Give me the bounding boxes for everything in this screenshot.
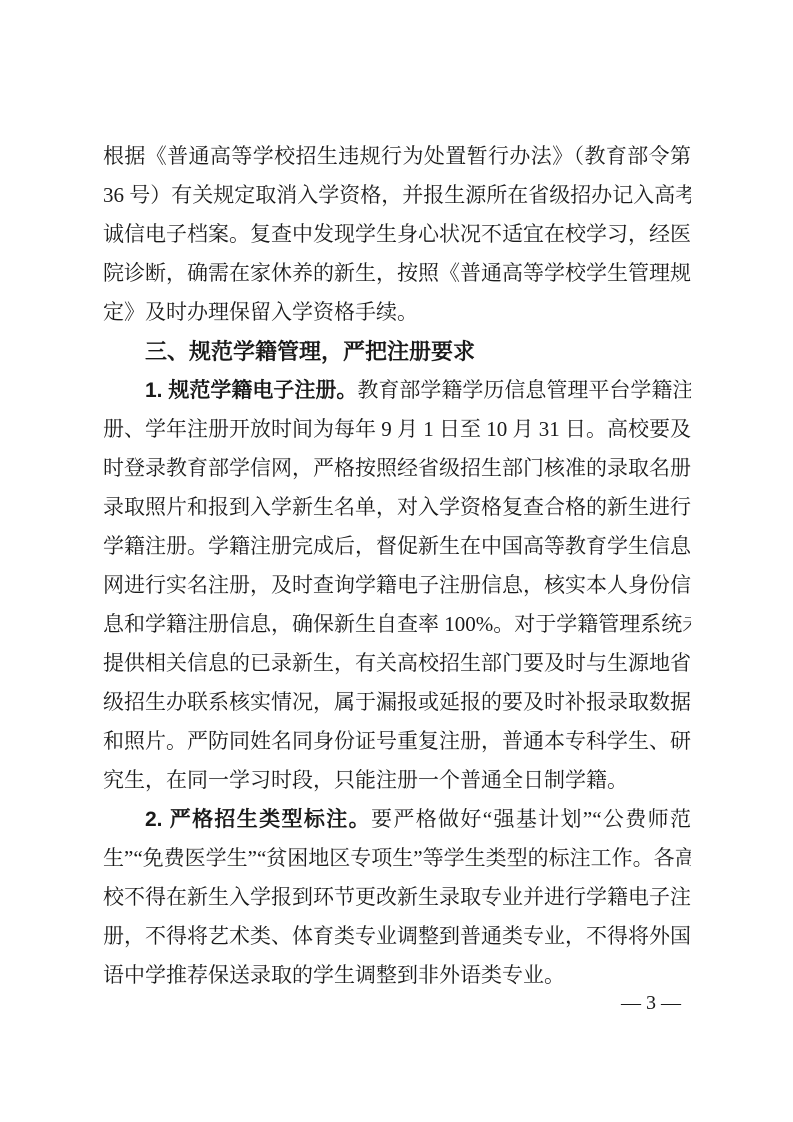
text-line: 提供相关信息的已录新生，有关高校招生部门要及时与生源地省 <box>103 644 691 683</box>
text-line: 录取照片和报到入学新生名单，对入学资格复查合格的新生进行 <box>103 488 691 527</box>
text-line: 册，不得将艺术类、体育类专业调整到普通类专业，不得将外国 <box>103 917 691 956</box>
bold-lead-text: 三、规范学籍管理，严把注册要求 <box>145 339 475 364</box>
text-segment: 册，不得将艺术类、体育类专业调整到普通类专业，不得将外国 <box>103 924 691 948</box>
text-segment: 校不得在新生入学报到环节更改新生录取专业并进行学籍电子注 <box>103 885 691 909</box>
text-segment: 提供相关信息的已录新生，有关高校招生部门要及时与生源地省 <box>103 651 691 675</box>
text-line: 生”“免费医学生”“贫困地区专项生”等学生类型的标注工作。各高 <box>103 839 691 878</box>
text-line: 根据《普通高等学校招生违规行为处置暂行办法》（教育部令第 <box>103 137 691 176</box>
text-segment: 36 号）有关规定取消入学资格，并报生源所在省级招办记入高考 <box>103 183 691 207</box>
text-line: 2. 严格招生类型标注。要严格做好“强基计划”“公费师范 <box>103 800 691 839</box>
text-segment: 录取照片和报到入学新生名单，对入学资格复查合格的新生进行 <box>103 495 691 519</box>
text-line: 究生，在同一学习时段，只能注册一个普通全日制学籍。 <box>103 761 691 800</box>
text-line: 息和学籍注册信息，确保新生自查率 100%。对于学籍管理系统未 <box>103 605 691 644</box>
text-line: 学籍注册。学籍注册完成后，督促新生在中国高等教育学生信息 <box>103 527 691 566</box>
text-line: 网进行实名注册，及时查询学籍电子注册信息，核实本人身份信 <box>103 566 691 605</box>
text-line: 1. 规范学籍电子注册。教育部学籍学历信息管理平台学籍注 <box>103 371 691 410</box>
bold-lead-text: 2. 严格招生类型标注。 <box>145 808 371 831</box>
text-segment: 教育部学籍学历信息管理平台学籍注 <box>357 378 691 402</box>
text-line: 诚信电子档案。复查中发现学生身心状况不适宜在校学习，经医 <box>103 215 691 254</box>
bold-lead-text: 1. 规范学籍电子注册。 <box>145 379 357 402</box>
text-line: 和照片。严防同姓名同身份证号重复注册，普通本专科学生、研 <box>103 722 691 761</box>
text-segment: 级招生办联系核实情况，属于漏报或延报的要及时补报录取数据 <box>103 690 691 714</box>
text-segment: 究生，在同一学习时段，只能注册一个普通全日制学籍。 <box>103 768 628 792</box>
text-segment: 和照片。严防同姓名同身份证号重复注册，普通本专科学生、研 <box>103 729 691 753</box>
text-segment: 时登录教育部学信网，严格按照经省级招生部门核准的录取名册、 <box>103 456 691 480</box>
text-segment: 根据《普通高等学校招生违规行为处置暂行办法》（教育部令第 <box>103 144 691 168</box>
page-number: — 3 — <box>621 992 681 1014</box>
text-line: 级招生办联系核实情况，属于漏报或延报的要及时补报录取数据 <box>103 683 691 722</box>
text-line: 册、学年注册开放时间为每年 9 月 1 日至 10 月 31 日。高校要及 <box>103 410 691 449</box>
text-segment: 册、学年注册开放时间为每年 9 月 1 日至 10 月 31 日。高校要及 <box>103 417 691 441</box>
text-line: 校不得在新生入学报到环节更改新生录取专业并进行学籍电子注 <box>103 878 691 917</box>
text-segment: 定》及时办理保留入学资格手续。 <box>103 300 418 324</box>
text-block: 根据《普通高等学校招生违规行为处置暂行办法》（教育部令第36 号）有关规定取消入… <box>103 137 691 995</box>
document-page: 根据《普通高等学校招生违规行为处置暂行办法》（教育部令第36 号）有关规定取消入… <box>0 0 793 1122</box>
text-segment: 网进行实名注册，及时查询学籍电子注册信息，核实本人身份信 <box>103 573 691 597</box>
page-footer: — 3 — <box>0 992 793 1015</box>
text-line: 院诊断，确需在家休养的新生，按照《普通高等学校学生管理规 <box>103 254 691 293</box>
text-segment: 息和学籍注册信息，确保新生自查率 100%。对于学籍管理系统未 <box>103 612 691 636</box>
text-segment: 要严格做好“强基计划”“公费师范 <box>371 807 691 831</box>
section-heading: 三、规范学籍管理，严把注册要求 <box>103 332 691 371</box>
text-segment: 诚信电子档案。复查中发现学生身心状况不适宜在校学习，经医 <box>103 222 691 246</box>
text-line: 语中学推荐保送录取的学生调整到非外语类专业。 <box>103 956 691 995</box>
text-line: 36 号）有关规定取消入学资格，并报生源所在省级招办记入高考 <box>103 176 691 215</box>
text-line: 定》及时办理保留入学资格手续。 <box>103 293 691 332</box>
text-line: 时登录教育部学信网，严格按照经省级招生部门核准的录取名册、 <box>103 449 691 488</box>
text-segment: 院诊断，确需在家休养的新生，按照《普通高等学校学生管理规 <box>103 261 691 285</box>
text-segment: 学籍注册。学籍注册完成后，督促新生在中国高等教育学生信息 <box>103 534 691 558</box>
text-segment: 语中学推荐保送录取的学生调整到非外语类专业。 <box>103 963 565 987</box>
text-segment: 生”“免费医学生”“贫困地区专项生”等学生类型的标注工作。各高 <box>103 846 691 870</box>
